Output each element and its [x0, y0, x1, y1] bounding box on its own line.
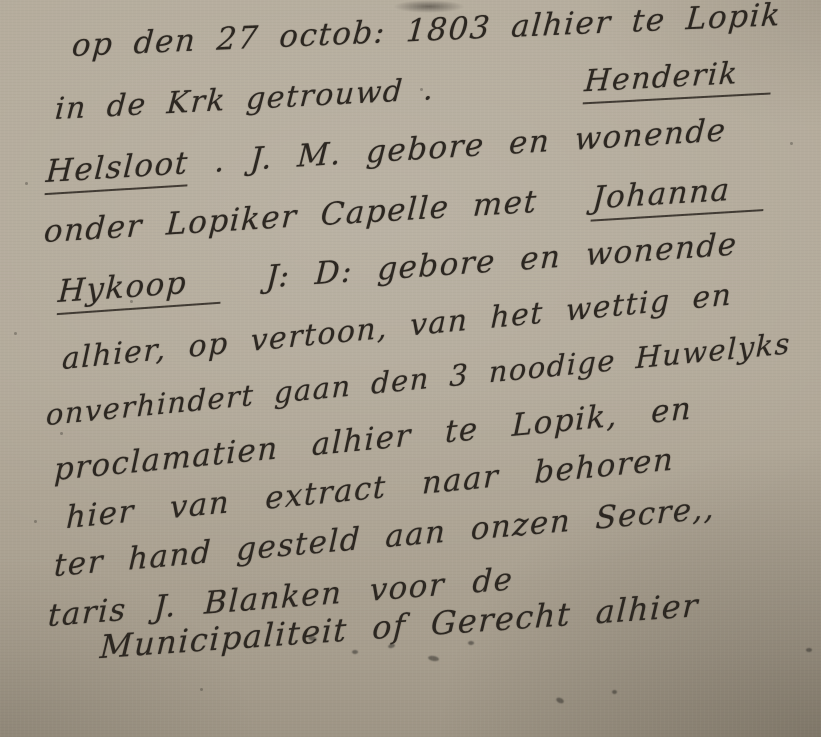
ink-speck	[352, 650, 358, 654]
ink-speck	[468, 641, 474, 645]
paper-speck	[60, 432, 63, 435]
underlined-name-henderik: Henderik	[583, 54, 774, 104]
underlined-name-johanna: Johanna	[591, 170, 766, 222]
underlined-name-hykoop: Hykoop	[57, 262, 222, 315]
paper-speck	[790, 142, 793, 145]
underlined-name-helsloot: Helsloot	[45, 145, 190, 195]
ink-speck	[555, 697, 564, 705]
line-text: op den 27 octob: 1803 alhier te Lopik	[71, 0, 783, 64]
document-scan: op den 27 octob: 1803 alhier te Lopik in…	[0, 0, 821, 737]
paper-speck	[200, 688, 203, 691]
line-text: onder Lopiker Capelle met	[43, 184, 539, 250]
ink-speck	[806, 648, 812, 652]
paper-speck	[14, 332, 17, 335]
paper-speck	[25, 182, 28, 185]
ink-speck	[428, 655, 440, 662]
line-text: . J. M. gebore en wonende	[213, 112, 727, 180]
handwritten-line-1: op den 27 octob: 1803 alhier te Lopik	[71, 0, 783, 64]
line-text: in de Krk getrouwd .	[54, 72, 436, 127]
paper-speck	[34, 520, 37, 523]
ink-speck	[612, 690, 617, 694]
